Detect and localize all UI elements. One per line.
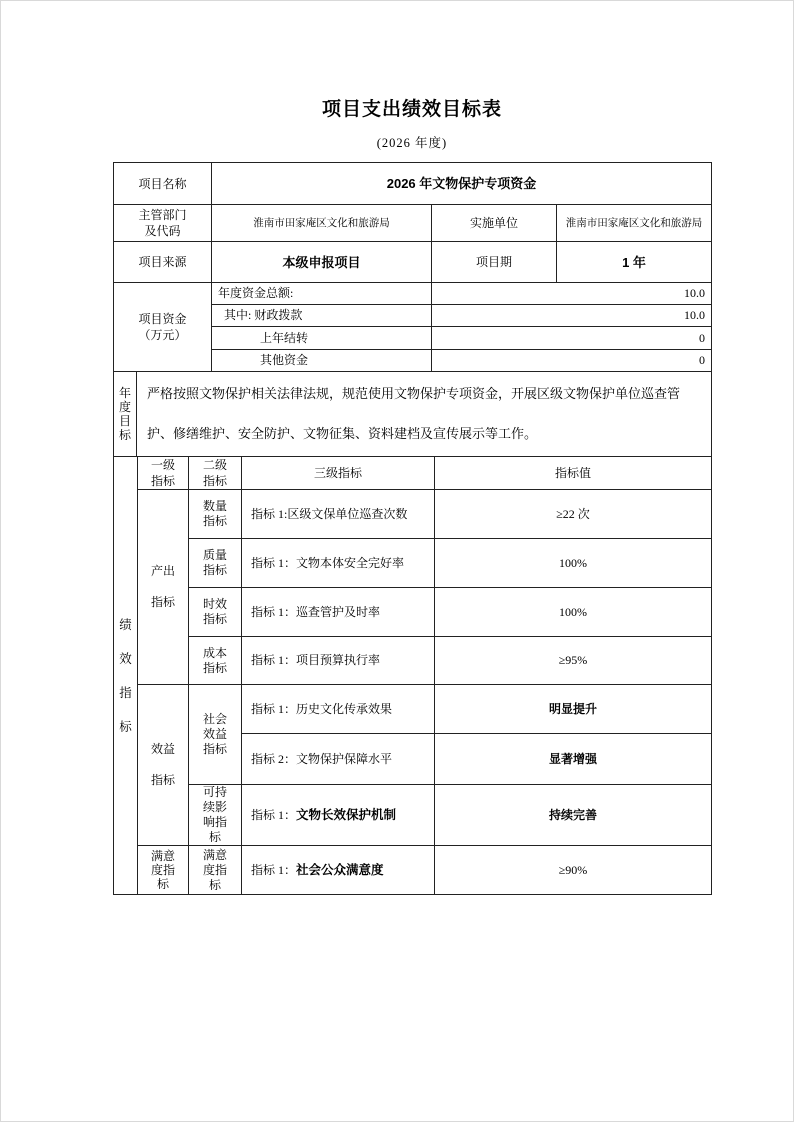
document-content: 项目支出绩效目标表 (2026 年度) 项目名称 2026 年文物保护专项资金 … xyxy=(113,97,711,895)
header-value: 指标值 xyxy=(435,457,712,490)
page-subtitle: (2026 年度) xyxy=(113,135,711,151)
indicator-row: 质量指标 指标 1：文物本体安全完好率 100% xyxy=(114,539,712,588)
impl-unit-value: 淮南市田家庵区文化和旅游局 xyxy=(557,205,712,242)
fund-fiscal-value: 10.0 xyxy=(432,305,712,327)
indicator-value: 100% xyxy=(435,588,712,637)
dept-label: 主管部门及代码 xyxy=(114,205,212,242)
indicator-prefix: 指标 1： xyxy=(251,653,296,667)
header-level3: 三级指标 xyxy=(242,457,435,490)
indicator-row: 成本指标 指标 1：项目预算执行率 ≥95% xyxy=(114,637,712,685)
indicator-name: 指标 1：社会公众满意度 xyxy=(242,846,435,895)
indicator-row: 可持续影响指标 指标 1：文物长效保护机制 持续完善 xyxy=(114,785,712,846)
indicator-text: 历史文化传承效果 xyxy=(296,702,392,716)
level1-satisfaction: 满意度指标 xyxy=(138,846,189,895)
indicator-text: 文物长效保护机制 xyxy=(296,808,396,822)
source-row: 项目来源 本级申报项目 项目期 1 年 xyxy=(114,242,712,283)
indicator-row: 时效指标 指标 1：巡查管护及时率 100% xyxy=(114,588,712,637)
fund-carryover-label: 上年结转 xyxy=(212,327,432,350)
fund-other-label: 其他资金 xyxy=(212,350,432,372)
indicator-text: 区级文保单位巡查次数 xyxy=(287,507,407,521)
indicators-table: 绩效指标 一级指标 二级指标 三级指标 指标值 产出指标 数量指标 指标 1:区… xyxy=(113,456,712,895)
source-label: 项目来源 xyxy=(114,242,212,283)
level2-social-benefit: 社会效益指标 xyxy=(189,685,242,785)
indicator-row: 满意度指标 满意度指标 指标 1：社会公众满意度 ≥90% xyxy=(114,846,712,895)
annual-goal-row: 年度目标 严格按照文物保护相关法律法规，规范使用文物保护专项资金，开展区级文物保… xyxy=(114,372,712,457)
indicator-text: 项目预算执行率 xyxy=(296,653,380,667)
project-info-table: 项目名称 2026 年文物保护专项资金 主管部门及代码 淮南市田家庵区文化和旅游… xyxy=(113,162,712,372)
indicator-value: 显著增强 xyxy=(435,734,712,785)
indicator-prefix: 指标 1： xyxy=(251,863,296,877)
indicator-text: 巡查管护及时率 xyxy=(296,605,380,619)
header-level2: 二级指标 xyxy=(189,457,242,490)
level1-benefit: 效益指标 xyxy=(138,685,189,846)
level2-quality: 质量指标 xyxy=(189,539,242,588)
indicator-value: 明显提升 xyxy=(435,685,712,734)
indicator-value: 持续完善 xyxy=(435,785,712,846)
level2-satisfaction: 满意度指标 xyxy=(189,846,242,895)
page-title: 项目支出绩效目标表 xyxy=(113,97,711,123)
indicator-name: 指标 1:区级文保单位巡查次数 xyxy=(242,490,435,539)
annual-goal-text: 严格按照文物保护相关法律法规，规范使用文物保护专项资金，开展区级文物保护单位巡查… xyxy=(137,372,712,457)
indicators-header-row: 绩效指标 一级指标 二级指标 三级指标 指标值 xyxy=(114,457,712,490)
impl-unit-label: 实施单位 xyxy=(432,205,557,242)
indicator-value: ≥95% xyxy=(435,637,712,685)
indicator-prefix: 指标 1: xyxy=(251,507,287,521)
document-page: 项目支出绩效目标表 (2026 年度) 项目名称 2026 年文物保护专项资金 … xyxy=(0,0,794,1122)
indicator-prefix: 指标 1： xyxy=(251,605,296,619)
indicator-value: 100% xyxy=(435,539,712,588)
project-name-value: 2026 年文物保护专项资金 xyxy=(212,163,712,205)
indicator-name: 指标 2：文物保护保障水平 xyxy=(242,734,435,785)
indicator-text: 文物保护保障水平 xyxy=(296,752,392,766)
indicator-name: 指标 1：项目预算执行率 xyxy=(242,637,435,685)
indicator-text: 文物本体安全完好率 xyxy=(296,556,404,570)
indicator-prefix: 指标 1： xyxy=(251,808,296,822)
indicators-side-label: 绩效指标 xyxy=(114,457,138,895)
level2-sustainable: 可持续影响指标 xyxy=(189,785,242,846)
indicator-name: 指标 1：文物本体安全完好率 xyxy=(242,539,435,588)
indicator-name: 指标 1：巡查管护及时率 xyxy=(242,588,435,637)
fund-carryover-value: 0 xyxy=(432,327,712,350)
indicator-prefix: 指标 2： xyxy=(251,752,296,766)
level2-timeliness: 时效指标 xyxy=(189,588,242,637)
indicator-prefix: 指标 1： xyxy=(251,556,296,570)
project-name-label: 项目名称 xyxy=(114,163,212,205)
indicator-row: 效益指标 社会效益指标 指标 1：历史文化传承效果 明显提升 xyxy=(114,685,712,734)
indicator-text: 社会公众满意度 xyxy=(296,863,384,877)
level1-output: 产出指标 xyxy=(138,490,189,685)
project-name-row: 项目名称 2026 年文物保护专项资金 xyxy=(114,163,712,205)
period-label: 项目期 xyxy=(432,242,557,283)
fund-other-value: 0 xyxy=(432,350,712,372)
indicator-name: 指标 1：历史文化传承效果 xyxy=(242,685,435,734)
annual-goal-table: 年度目标 严格按照文物保护相关法律法规，规范使用文物保护专项资金，开展区级文物保… xyxy=(113,371,712,457)
level2-cost: 成本指标 xyxy=(189,637,242,685)
header-level1: 一级指标 xyxy=(138,457,189,490)
period-value: 1 年 xyxy=(557,242,712,283)
annual-goal-label: 年度目标 xyxy=(114,372,137,457)
dept-row: 主管部门及代码 淮南市田家庵区文化和旅游局 实施单位 淮南市田家庵区文化和旅游局 xyxy=(114,205,712,242)
indicator-row: 产出指标 数量指标 指标 1:区级文保单位巡查次数 ≥22 次 xyxy=(114,490,712,539)
indicator-value: ≥90% xyxy=(435,846,712,895)
indicator-prefix: 指标 1： xyxy=(251,702,296,716)
dept-value: 淮南市田家庵区文化和旅游局 xyxy=(212,205,432,242)
source-value: 本级申报项目 xyxy=(212,242,432,283)
indicator-value: ≥22 次 xyxy=(435,490,712,539)
indicator-name: 指标 1：文物长效保护机制 xyxy=(242,785,435,846)
fund-fiscal-label: 其中: 财政拨款 xyxy=(212,305,432,327)
fund-total-value: 10.0 xyxy=(432,283,712,305)
fund-row-total: 项目资金（万元） 年度资金总额: 10.0 xyxy=(114,283,712,305)
fund-total-label: 年度资金总额: xyxy=(212,283,432,305)
funds-label: 项目资金（万元） xyxy=(114,283,212,372)
level2-quantity: 数量指标 xyxy=(189,490,242,539)
